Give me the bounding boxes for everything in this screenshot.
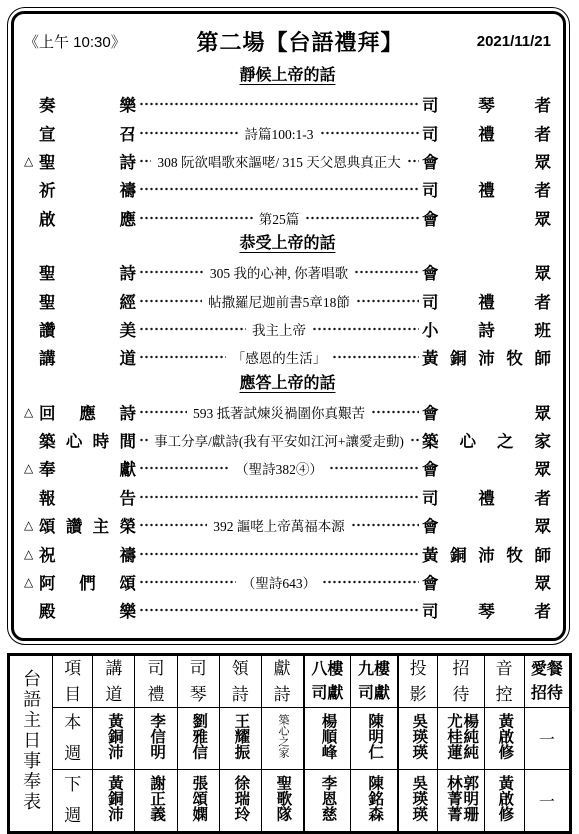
row-prefix: △: [24, 461, 39, 475]
dotted-leader: [410, 434, 419, 446]
row-label: 報告: [39, 485, 136, 509]
service-date: 2021/11/21: [456, 33, 551, 50]
service-time: 《上午 10:30》: [24, 31, 144, 52]
dotted-leader: [139, 323, 246, 335]
row-label: 阿們頌: [39, 570, 136, 594]
row-label: 祈禱: [39, 177, 136, 201]
program-row: 奏樂 司琴者: [24, 90, 551, 118]
duty-cell: 楊純純 尤桂蓮: [438, 708, 484, 770]
row-performer: 司禮者: [422, 121, 551, 145]
bulletin-header: 《上午 10:30》 第二場【台語禮拜】 2021/11/21: [24, 18, 551, 64]
duty-cell: 張頌嫻: [177, 770, 219, 823]
duty-cell: 吳瑛瑛: [398, 708, 438, 770]
row-performer: 會眾: [422, 206, 551, 230]
row-label: 築心時間: [39, 428, 136, 452]
duty-cell: 楊順峰: [304, 708, 351, 770]
row-performer: 會眾: [422, 570, 551, 594]
dotted-leader: [139, 155, 151, 167]
duty-table-wrap: 台語主日事奉表 項目 講道 司禮 司琴 領詩 獻詩 八樓司獻 九樓司獻 投影 招…: [7, 653, 572, 823]
row-content: 我主上帝: [249, 319, 309, 339]
duty-cell: 黃啟修: [484, 708, 524, 770]
row-label: 回應詩: [39, 400, 136, 424]
row-performer: 黃銅沛牧師: [422, 542, 551, 566]
duty-col-header: 愛餐招待: [524, 655, 570, 708]
duty-cell: 徐瑞玲: [219, 770, 261, 823]
row-performer: 築心之家: [422, 428, 551, 452]
row-label: 講道: [39, 345, 136, 369]
dotted-leader: [139, 98, 419, 110]
duty-table: 台語主日事奉表 項目 講道 司禮 司琴 領詩 獻詩 八樓司獻 九樓司獻 投影 招…: [7, 653, 572, 823]
service-title: 第二場【台語禮拜】: [144, 26, 456, 57]
dotted-leader: [351, 519, 419, 531]
duty-row-label: 本週: [53, 708, 93, 770]
duty-row-label: 下週: [53, 770, 93, 823]
row-performer: 司琴者: [422, 598, 551, 622]
program-row: △ 祝禱 黃銅沛牧師: [24, 539, 551, 567]
row-prefix: △: [24, 575, 39, 589]
duty-cell: 郭明珊 林菁菁: [438, 770, 484, 823]
row-performer: 會眾: [422, 149, 551, 173]
dotted-leader: [322, 576, 419, 588]
row-prefix: △: [24, 518, 39, 532]
section-title-waiting: 靜候上帝的話: [24, 64, 551, 90]
dotted-leader: [371, 406, 419, 418]
row-label: 奉獻: [39, 456, 136, 480]
dotted-leader: [329, 462, 419, 474]
program-row: △ 聖詩 308 阮欲唱歌來謳咾/ 315 天父恩典真正大 會眾: [24, 147, 551, 175]
row-content: 詩篇100:1-3: [242, 123, 317, 143]
row-performer: 司禮者: [422, 289, 551, 313]
row-label: 頌讚主榮: [39, 513, 136, 537]
row-content: 305 我的心神, 你著唱歌: [207, 262, 351, 282]
dotted-leader: [139, 576, 236, 588]
program-row: 讚美 我主上帝 小詩班: [24, 315, 551, 343]
duty-cell: 吳瑛瑛: [398, 770, 438, 823]
row-performer: 司琴者: [422, 92, 551, 116]
duty-cell: 王耀振: [219, 708, 261, 770]
section-title-responding: 應答上帝的話: [24, 372, 551, 398]
row-label: 祝禱: [39, 542, 136, 566]
row-label: 殿樂: [39, 598, 136, 622]
dotted-leader: [139, 434, 148, 446]
program-row: △ 頌讚主榮 392 謳咾上帝萬福本源 會眾: [24, 511, 551, 539]
duty-col-header: 項目: [53, 655, 93, 708]
dotted-leader: [139, 406, 187, 418]
duty-col-header: 音控: [484, 655, 524, 708]
dotted-leader: [139, 491, 419, 503]
row-content: （聖詩382④）: [232, 458, 326, 478]
row-prefix: △: [24, 547, 39, 561]
row-content: 392 謳咾上帝萬福本源: [210, 515, 348, 535]
duty-cell: 黃啟修: [484, 770, 524, 823]
row-content: 「感恩的生活」: [229, 347, 330, 367]
duty-cell: 聖歌隊: [261, 770, 303, 823]
dotted-leader: [305, 212, 419, 224]
row-content: 事工分享/獻詩(我有平安如江河+讓愛走動): [151, 430, 407, 450]
program-row: 啟應 第25篇 會眾: [24, 204, 551, 232]
program-row: 祈禱 司禮者: [24, 175, 551, 203]
duty-col-header: 招待: [438, 655, 484, 708]
dotted-leader: [139, 604, 419, 616]
row-content: （聖詩643）: [239, 572, 319, 592]
dotted-leader: [139, 548, 419, 560]
dotted-leader: [139, 212, 253, 224]
row-performer: 黃銅沛牧師: [422, 345, 551, 369]
row-label: 聖詩: [39, 149, 136, 173]
row-label: 奏樂: [39, 92, 136, 116]
row-performer: 會眾: [422, 260, 551, 284]
program-row: △ 回應詩 593 抵著試煉災禍圍你真艱苦 會眾: [24, 398, 551, 426]
row-content: 308 阮欲唱歌來謳咾/ 315 天父恩典真正大: [154, 151, 403, 171]
row-content: 第25篇: [256, 208, 303, 228]
duty-cell: 黃銅沛: [93, 708, 135, 770]
dotted-leader: [139, 266, 204, 278]
program-row: △ 阿們頌 （聖詩643） 會眾: [24, 568, 551, 596]
duty-cell: 李恩慈: [304, 770, 351, 823]
duty-cell: 一: [524, 770, 570, 823]
program-row: 報告 司禮者: [24, 483, 551, 511]
dotted-leader: [407, 155, 419, 167]
dotted-leader: [139, 351, 226, 363]
duty-cell: 劉雅信: [177, 708, 219, 770]
dotted-leader: [320, 127, 420, 139]
row-performer: 司禮者: [422, 177, 551, 201]
program-row: 聖詩 305 我的心神, 你著唱歌 會眾: [24, 258, 551, 286]
program-box-inner: 《上午 10:30》 第二場【台語禮拜】 2021/11/21 靜候上帝的話 奏…: [11, 11, 566, 641]
program-row: 築心時間 事工分享/獻詩(我有平安如江河+讓愛走動) 築心之家: [24, 426, 551, 454]
dotted-leader: [139, 462, 229, 474]
duty-table-side-label: 台語主日事奉表: [9, 655, 53, 824]
duty-col-header: 司禮: [135, 655, 177, 708]
duty-cell: 黃銅沛: [93, 770, 135, 823]
duty-col-header: 司琴: [177, 655, 219, 708]
duty-cell: 陳銘森: [351, 770, 398, 823]
row-label: 聖詩: [39, 260, 136, 284]
duty-cell: 謝正義: [135, 770, 177, 823]
duty-cell: 陳明仁: [351, 708, 398, 770]
dotted-leader: [354, 266, 419, 278]
dotted-leader: [139, 183, 419, 195]
row-performer: 會眾: [422, 513, 551, 537]
duty-col-header: 投影: [398, 655, 438, 708]
program-row: 殿樂 司琴者: [24, 596, 551, 624]
dotted-leader: [312, 323, 419, 335]
row-performer: 會眾: [422, 456, 551, 480]
dotted-leader: [332, 351, 419, 363]
program-row: 聖經 帖撒羅尼迦前書5章18節 司禮者: [24, 286, 551, 314]
row-prefix: △: [24, 154, 39, 168]
row-label: 聖經: [39, 289, 136, 313]
duty-cell: 李信明: [135, 708, 177, 770]
program-row: 宣召 詩篇100:1-3 司禮者: [24, 118, 551, 146]
section-title-receiving: 恭受上帝的話: [24, 232, 551, 258]
duty-col-header: 領詩: [219, 655, 261, 708]
dotted-leader: [139, 295, 202, 307]
dotted-leader: [139, 127, 239, 139]
row-label: 宣召: [39, 121, 136, 145]
program-row: △ 奉獻 （聖詩382④） 會眾: [24, 454, 551, 482]
row-label: 讚美: [39, 317, 136, 341]
dotted-leader: [356, 295, 419, 307]
duty-cell: 一: [524, 708, 570, 770]
duty-cell: 築心之家: [261, 708, 303, 770]
row-performer: 小詩班: [422, 317, 551, 341]
program-row: 講道 「感恩的生活」 黃銅沛牧師: [24, 343, 551, 371]
row-label: 啟應: [39, 206, 136, 230]
row-performer: 司禮者: [422, 485, 551, 509]
dotted-leader: [139, 519, 207, 531]
program-box: 《上午 10:30》 第二場【台語禮拜】 2021/11/21 靜候上帝的話 奏…: [7, 7, 570, 645]
row-content: 帖撒羅尼迦前書5章18節: [205, 291, 353, 311]
duty-col-header: 講道: [93, 655, 135, 708]
duty-col-header: 九樓司獻: [351, 655, 398, 708]
row-content: 593 抵著試煉災禍圍你真艱苦: [190, 402, 368, 422]
row-prefix: △: [24, 405, 39, 419]
duty-col-header: 獻詩: [261, 655, 303, 708]
duty-col-header: 八樓司獻: [304, 655, 351, 708]
row-performer: 會眾: [422, 400, 551, 424]
